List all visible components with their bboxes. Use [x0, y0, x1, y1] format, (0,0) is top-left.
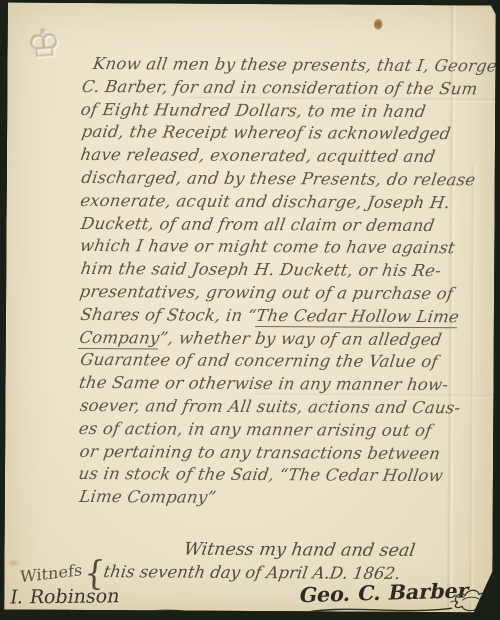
document-line: exonerate, acquit and discharge, Joseph …: [79, 190, 488, 215]
document-line: us in stock of the Said, “The Cedar Holl…: [77, 463, 486, 488]
document-line: Lime Company”: [78, 486, 486, 511]
document-line: have released, exonerated, acquitted and: [79, 144, 488, 169]
date-line: this seventh day of April A.D. 1862.: [102, 562, 401, 583]
document-line: of Eight Hundred Dollars, to me in hand: [79, 99, 488, 124]
document-line: Know all men by these presents, that I, …: [79, 53, 488, 78]
paper-sheet: ♔ Know all men by these presents, that I…: [4, 3, 496, 613]
document-line: paid, the Receipt whereof is acknowledge…: [80, 121, 488, 146]
document-line: Guarantee of and concerning the Value of: [79, 349, 487, 374]
document-line: Shares of Stock, in “The Cedar Hollow Li…: [79, 304, 487, 329]
document-body-text: Know all men by these presents, that I, …: [77, 53, 486, 511]
witness-statement: Witness my hand and seal: [182, 540, 416, 561]
document-line: him the said Joseph H. Duckett, or his R…: [79, 258, 487, 283]
seal-scribble-icon: [450, 586, 494, 614]
document-line: soever, and from All suits, actions and …: [78, 395, 486, 420]
document-line: Company”, whether by way of an alledged: [78, 327, 487, 352]
witness-label: Witnefs: [20, 560, 83, 586]
document-line: the Same or otherwise in any manner how-: [77, 372, 486, 397]
document-line: or pertaining to any transactions betwee…: [78, 441, 486, 466]
document-line: presentatives, growing out of a purchase…: [78, 281, 487, 306]
document-line: discharged, and by these Presents, do re…: [80, 167, 488, 192]
witness-signature-flourish: [64, 604, 234, 620]
document-line: es of action, in any manner arising out …: [77, 418, 486, 443]
scanned-document-photo: { "colors": { "backdrop": "#1b2016", "pa…: [0, 0, 500, 620]
ink-stain: [374, 19, 383, 30]
document-line: Duckett, of and from all claim or demand: [79, 213, 487, 238]
document-line: which I have or might come to have again…: [78, 235, 487, 260]
document-line: C. Barber, for and in consideration of t…: [80, 76, 488, 101]
embossed-stamp-icon: ♔: [26, 23, 63, 64]
principal-signature-flourish: [304, 602, 454, 617]
paper-stain: [6, 559, 20, 568]
